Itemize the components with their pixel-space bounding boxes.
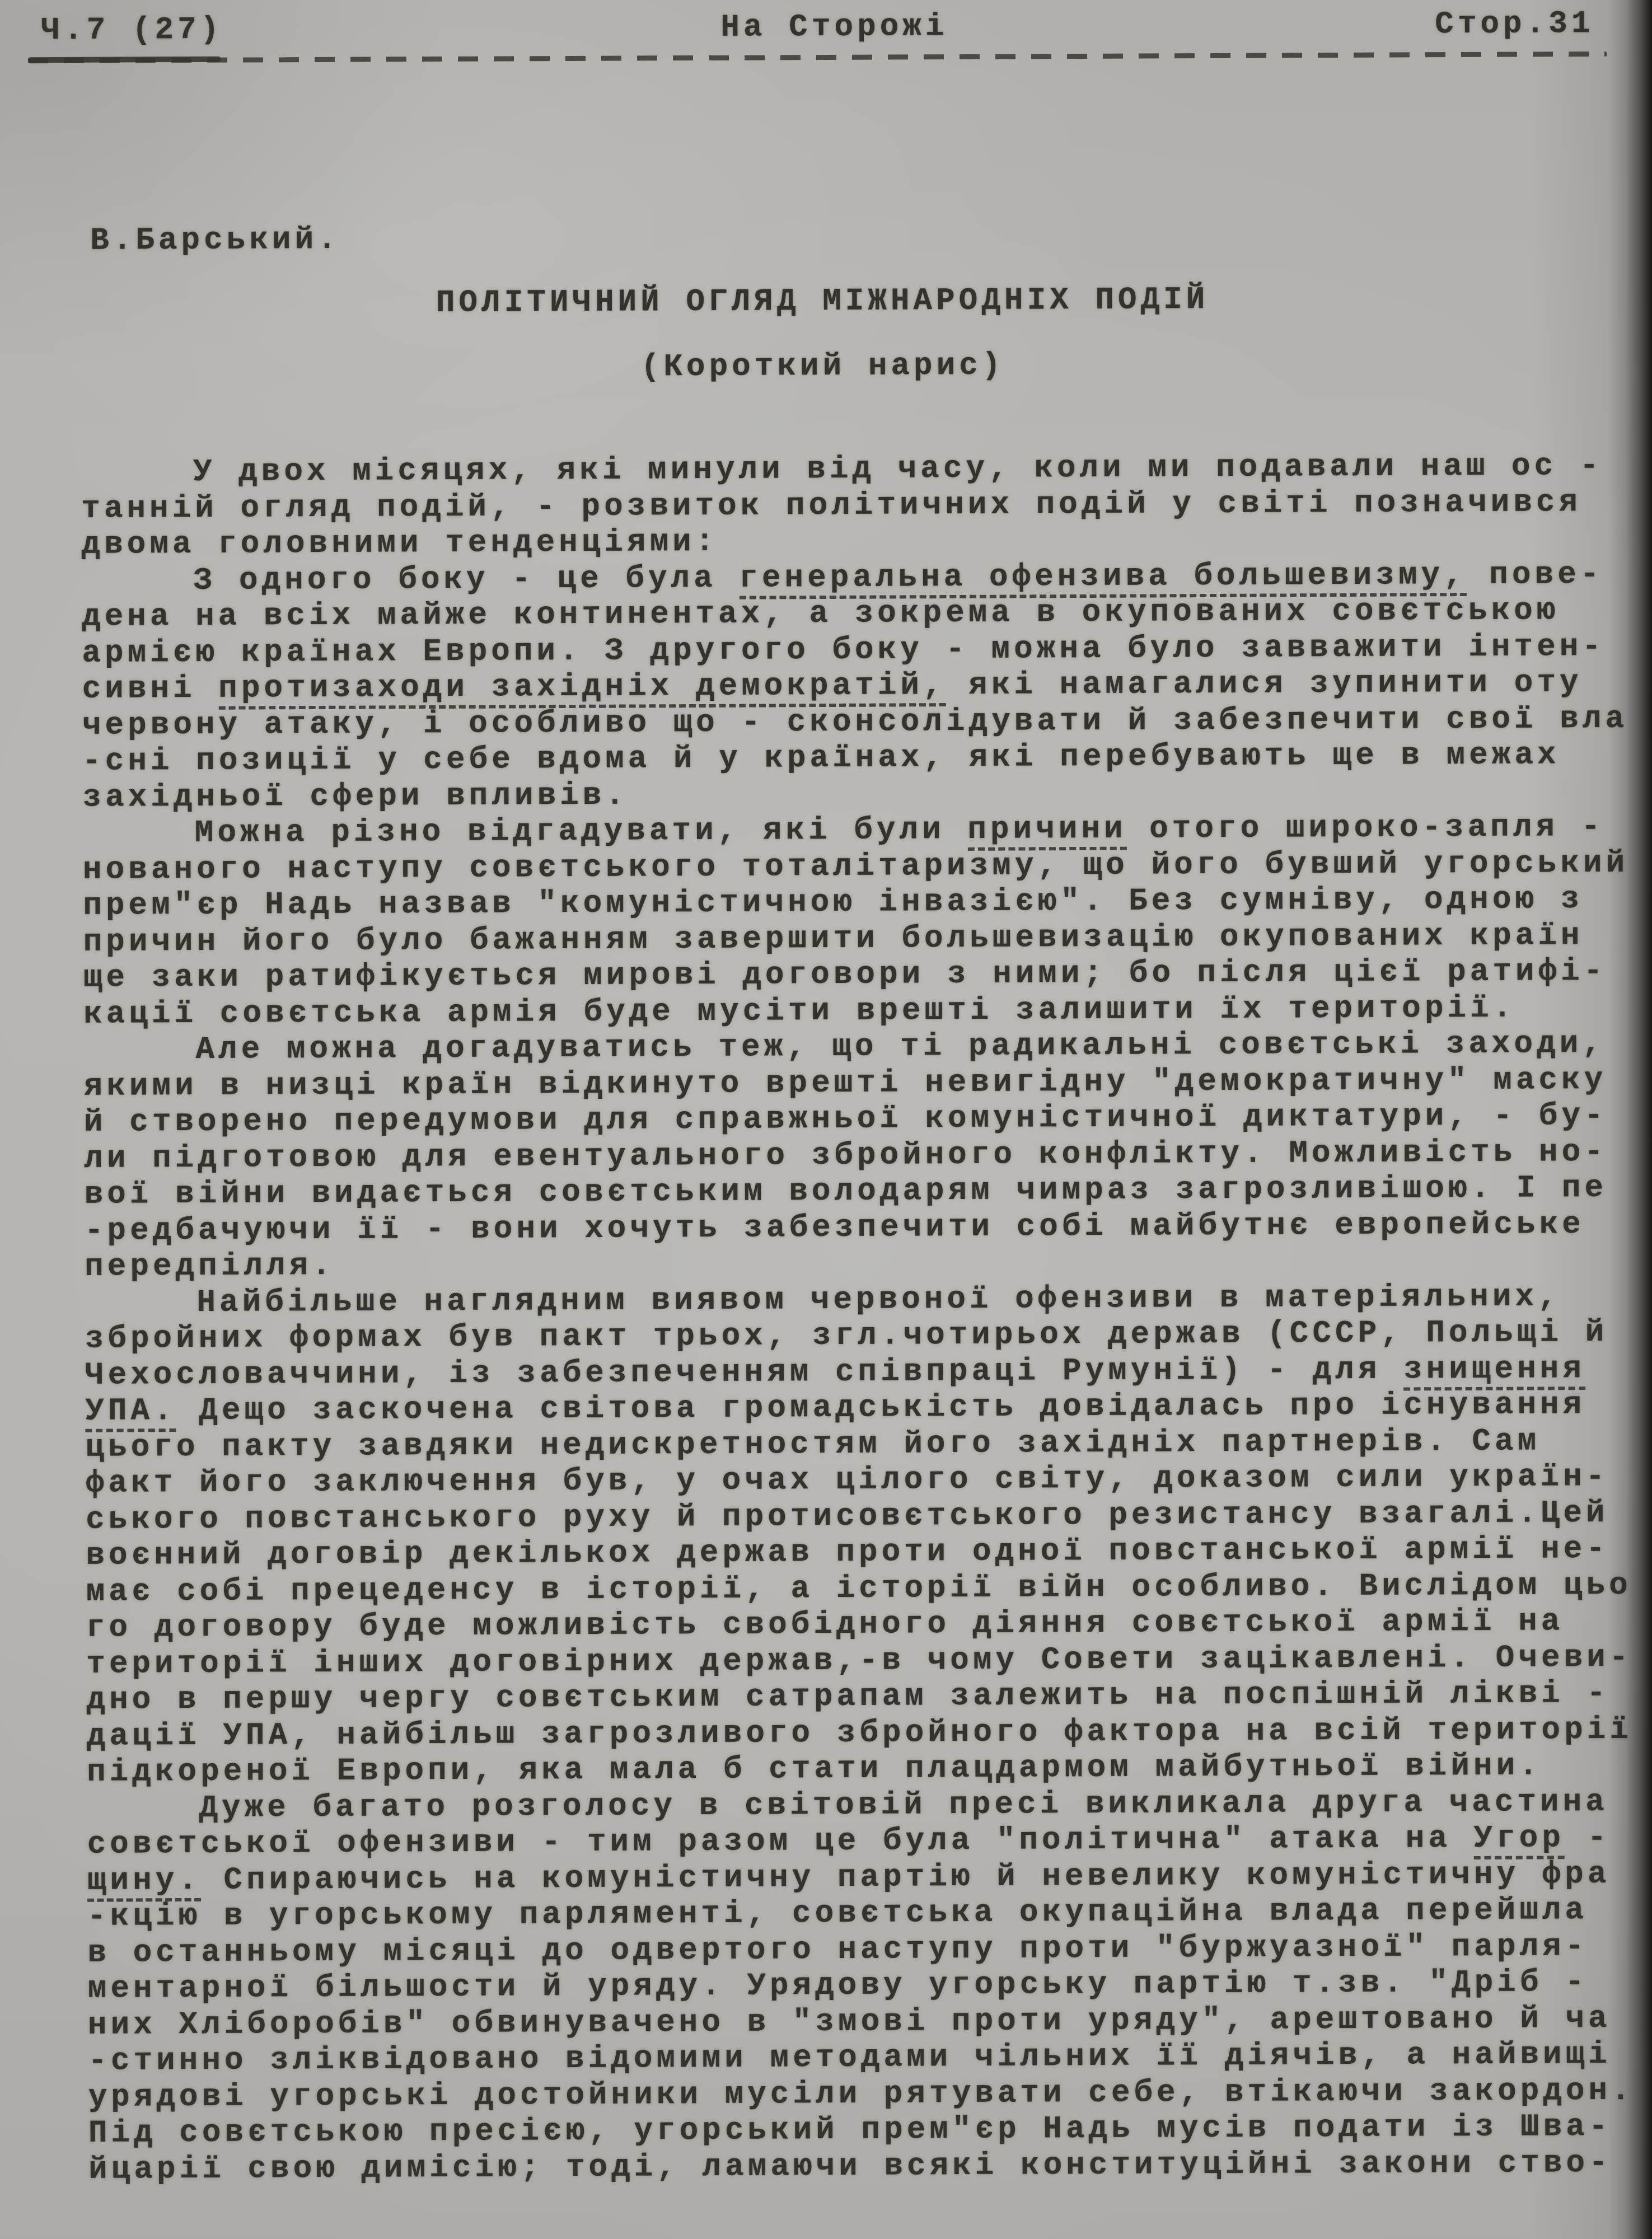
body-line: Можна різно відгадувати, які були причин… — [83, 809, 1628, 852]
page-number: Стор.31 — [931, 6, 1594, 44]
text-segment: в останньому місяці до одвертого наступу… — [87, 1928, 1588, 1971]
body-line: ського повстанського руху й протисовєтсь… — [86, 1495, 1631, 1538]
body-line: дації УПА, найбільш загрозливого збройно… — [87, 1711, 1632, 1754]
text-segment: -кцію в угорському парляменті, совєтська… — [87, 1892, 1588, 1934]
body-line: УПА. Дещо заскочена світова громадськіст… — [85, 1387, 1631, 1430]
text-segment: Найбільше наглядним виявом червоної офен… — [196, 1278, 1561, 1320]
text-segment: дена на всіх майже континентах, а зокрем… — [82, 592, 1560, 635]
document-sheet: Ч.7 (27) На Сторожі Стор.31 В.Барський. … — [0, 0, 1652, 2239]
body-line: західньої сфери впливів. — [82, 772, 1628, 816]
underlined-phrase: причини — [967, 811, 1127, 851]
page-header: Ч.7 (27) На Сторожі Стор.31 — [41, 6, 1594, 48]
body-line: Дуже багато розголосу в світовій пресі в… — [87, 1783, 1632, 1826]
text-segment: урядові угорські достойники мусіли рятув… — [88, 2072, 1634, 2115]
body-line: сивні протизаходи західніх демократій, я… — [82, 664, 1627, 708]
text-segment: західньої сфери впливів. — [82, 777, 628, 815]
masthead: На Сторожі — [720, 8, 948, 45]
underlined-phrase: протизаходи західніх демократій, — [218, 667, 946, 710]
underlined-phrase: щину. — [87, 1862, 201, 1901]
text-segment: го договору буде можливість свобідного д… — [86, 1603, 1564, 1646]
body-line: причин його було бажанням завершити боль… — [83, 917, 1628, 960]
body-line: совєтської офензиви - тим разом це була … — [87, 1820, 1632, 1863]
text-segment: -редбачуючи її - вони хочуть забезпечити… — [85, 1206, 1585, 1249]
text-segment: дації УПА, найбільш загрозливого збройно… — [87, 1711, 1632, 1754]
text-segment: -сні позиції у себе вдома й у країнах, я… — [82, 737, 1560, 779]
body-line: підкореної Европи, яка мала б стати плац… — [87, 1748, 1632, 1791]
dashed-rule — [28, 51, 1607, 63]
text-segment: ментарної більшости й уряду. Урядову уго… — [88, 1964, 1588, 2007]
text-segment: Але можна догадуватись теж, що ті радика… — [195, 1025, 1605, 1067]
body-line: дно в першу чергу совєтським сатрапам за… — [86, 1675, 1632, 1718]
body-line: вої війни видається совєтським володарям… — [84, 1170, 1630, 1213]
text-segment: сивні — [82, 671, 218, 707]
body-line: факт його заключення був, у очах цілого … — [86, 1459, 1631, 1502]
body-line: Під совєтською пресією, угорський прем"є… — [88, 2109, 1634, 2152]
underlined-phrase: генеральна офензива большевизму, — [739, 556, 1467, 599]
body-line: -стинно зліквідовано відомими методами ч… — [88, 2036, 1634, 2079]
text-segment: й створено передумови для справжньої ком… — [84, 1098, 1607, 1140]
body-line: збройних формах був пакт трьох, згл.чоти… — [85, 1314, 1631, 1357]
article-title: ПОЛІТИЧНИЙ ОГЛЯД МІЖНАРОДНІХ ПОДІЙ — [0, 280, 1649, 323]
body-line: кації совєтська армія буде мусіти врешті… — [83, 989, 1629, 1032]
text-segment: кації совєтська армія буде мусіти врешті… — [83, 990, 1515, 1032]
body-line: У двох місяцях, які минули від часу, кол… — [81, 448, 1627, 491]
body-line: ще заки ратифікується мирові договори з … — [83, 953, 1629, 996]
body-line: Але можна догадуватись теж, що ті радика… — [83, 1025, 1629, 1069]
text-segment: З одного боку - це була — [194, 560, 740, 598]
author-byline: В.Барський. — [90, 222, 340, 259]
body-line: Найбільше наглядним виявом червоної офен… — [85, 1278, 1630, 1321]
body-line: урядові угорські достойники мусіли рятув… — [88, 2072, 1634, 2115]
body-line: території інших договірних держав,-в чом… — [86, 1639, 1632, 1682]
text-segment: дно в першу чергу совєтським сатрапам за… — [86, 1675, 1609, 1718]
body-line: -сні позиції у себе вдома й у країнах, я… — [82, 737, 1628, 780]
issue-number: Ч.7 (27) — [41, 10, 704, 48]
text-segment: Спираючись на комуністичну партію й неве… — [201, 1856, 1611, 1898]
text-segment: причин його було бажанням завершити боль… — [83, 917, 1583, 960]
body-line: ментарної більшости й уряду. Урядову уго… — [88, 1964, 1634, 2007]
text-segment: ли підготовою для евентуального збройног… — [84, 1133, 1607, 1176]
text-segment: Чехословаччини, із забезпеченням співпра… — [85, 1351, 1403, 1393]
body-line: цього пакту завдяки недискретностям його… — [85, 1422, 1631, 1465]
body-line: червону атаку, і особливо що - сконсолід… — [82, 700, 1628, 743]
article-body: У двох місяцях, які минули від часу, кол… — [81, 448, 1634, 2188]
text-segment: У двох місяцях, які минули від часу, кол… — [193, 448, 1603, 490]
body-line: передпілля. — [85, 1242, 1630, 1285]
text-segment: Під совєтською пресією, угорський прем"є… — [88, 2109, 1612, 2151]
body-line: й створено передумови для справжньої ком… — [84, 1098, 1630, 1141]
text-segment: факт його заключення був, у очах цілого … — [86, 1459, 1609, 1501]
text-segment: передпілля. — [85, 1248, 335, 1285]
body-line: -редбачуючи її - вони хочуть забезпечити… — [85, 1206, 1630, 1249]
text-segment: -стинно зліквідовано відомими методами ч… — [88, 2036, 1611, 2079]
body-line: Чехословаччини, із забезпеченням співпра… — [85, 1350, 1631, 1393]
text-segment: ще заки ратифікується мирові договори з … — [83, 953, 1607, 996]
text-segment: якими в низці країн відкинуто врешті нев… — [84, 1061, 1607, 1104]
body-line: має собі прецеденсу в історії, а історії… — [86, 1567, 1632, 1610]
text-segment: цього пакту завдяки недискретностям його… — [85, 1423, 1540, 1465]
text-segment: червону атаку, і особливо що - сконсолід… — [82, 700, 1628, 743]
text-segment: двома головними тенденціями: — [81, 524, 718, 563]
body-line: в останньому місяці до одвертого наступу… — [87, 1928, 1633, 1971]
text-segment: Дуже багато розголосу в світовій пресі в… — [199, 1783, 1608, 1825]
text-segment: Дещо заскочена світова громадськість дов… — [176, 1387, 1586, 1428]
body-line: двома головними тенденціями: — [81, 520, 1627, 563]
body-line: них Хліборобів" обвинувачено в "змові пр… — [88, 2000, 1634, 2043]
body-line: -кцію в угорському парляменті, совєтська… — [87, 1892, 1633, 1935]
text-segment: нованого наступу совєтського тоталітариз… — [83, 845, 1628, 887]
text-segment: які намагалися зупинити оту — [946, 664, 1582, 703]
scanned-page: Ч.7 (27) На Сторожі Стор.31 В.Барський. … — [0, 0, 1652, 2239]
text-segment: підкореної Европи, яка мала б стати плац… — [87, 1748, 1542, 1790]
body-line: нованого наступу совєтського тоталітариз… — [83, 845, 1628, 888]
body-line: щину. Спираючись на комуністичну партію … — [87, 1856, 1633, 1899]
text-segment: вої війни видається совєтським володарям… — [84, 1170, 1607, 1212]
body-line: воєнний договір декількох держав проти о… — [86, 1531, 1631, 1574]
body-line: З одного боку - це була генеральна офенз… — [82, 556, 1627, 599]
body-line: ли підготовою для евентуального збройног… — [84, 1133, 1630, 1177]
text-segment: має собі прецеденсу в історії, а історії… — [86, 1567, 1632, 1609]
text-segment: прем"єр Надь назвав "комуністичною інваз… — [83, 881, 1583, 924]
text-segment: армією країнах Европи. З другого боку - … — [82, 628, 1605, 671]
body-line: танній огляд подій, - розвиток політични… — [81, 484, 1627, 527]
body-line: го договору буде можливість свобідного д… — [86, 1603, 1632, 1646]
text-segment: совєтської офензиви - тим разом це була … — [87, 1820, 1473, 1862]
text-segment: території інших договірних держав,-в чом… — [86, 1639, 1632, 1681]
text-segment: ського повстанського руху й протисовєтсь… — [86, 1495, 1609, 1537]
body-line: прем"єр Надь назвав "комуністичною інваз… — [83, 881, 1628, 924]
body-line: йцарії свою димісію; тоді, ламаючи всякі… — [88, 2144, 1634, 2188]
body-line: якими в низці країн відкинуто врешті нев… — [84, 1061, 1630, 1104]
text-segment: йцарії свою димісію; тоді, ламаючи всякі… — [88, 2144, 1612, 2187]
book-spine-shadow — [1608, 0, 1652, 2239]
body-line: армією країнах Европи. З другого боку - … — [82, 628, 1627, 671]
text-segment: збройних формах був пакт трьох, згл.чоти… — [85, 1314, 1608, 1357]
body-line: дена на всіх майже континентах, а зокрем… — [82, 592, 1627, 635]
underlined-phrase: УПА. — [85, 1393, 176, 1432]
text-segment: них Хліборобів" обвинувачено в "змові пр… — [88, 2000, 1611, 2043]
text-segment: Можна різно відгадувати, які були — [195, 812, 968, 851]
article-subtitle: (Короткий нарис) — [0, 345, 1649, 388]
text-segment: воєнний договір декількох держав проти о… — [86, 1531, 1609, 1573]
text-segment: танній огляд подій, - розвиток політични… — [81, 484, 1581, 527]
